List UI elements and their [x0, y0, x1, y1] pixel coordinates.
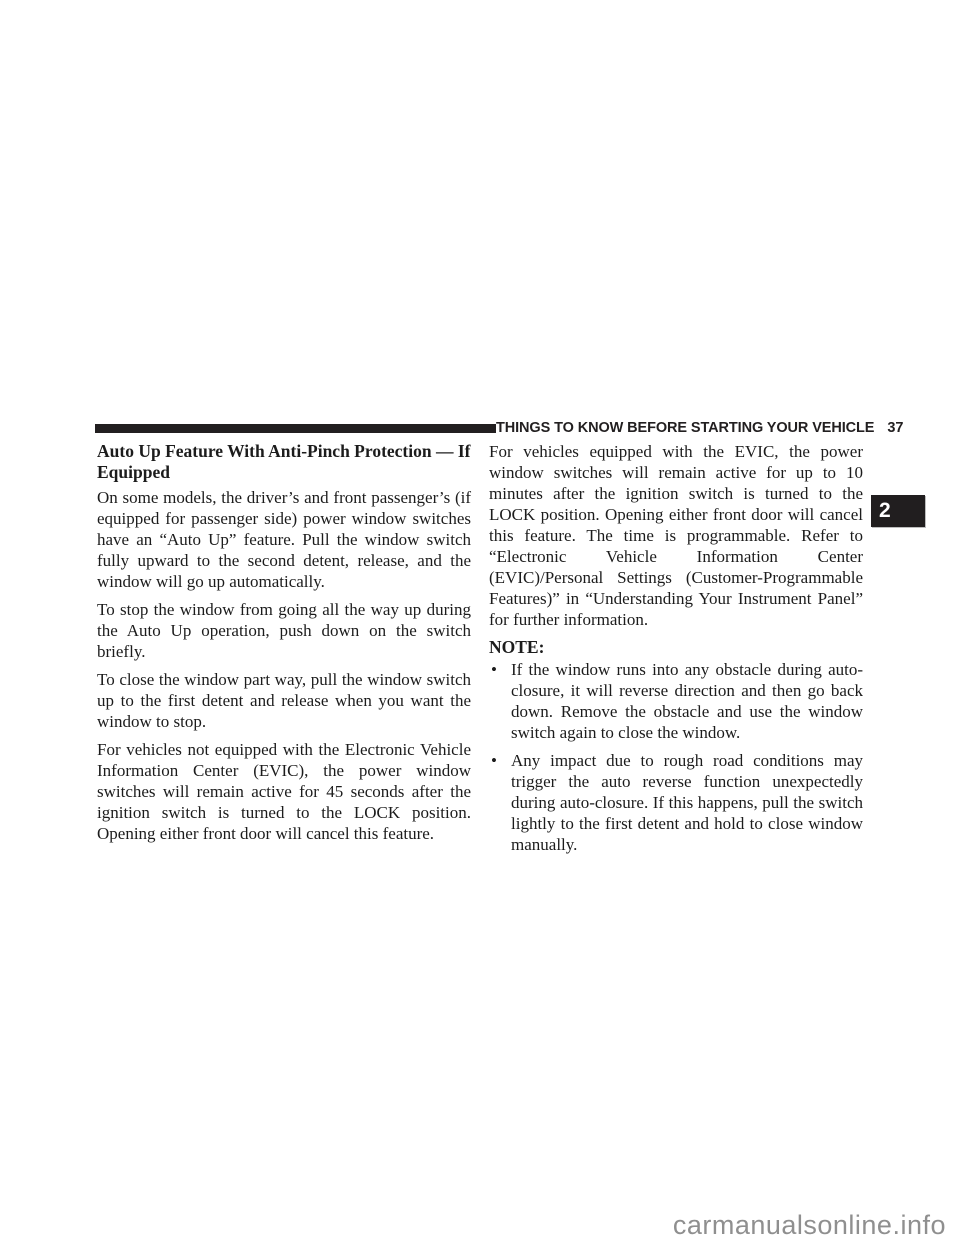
page-number: 37: [887, 420, 903, 436]
chapter-tab-number: 2: [879, 499, 891, 523]
bullet-text: Any impact due to rough road conditions …: [511, 750, 863, 855]
right-column: For vehicles equipped with the EVIC, the…: [489, 441, 863, 862]
running-head: THINGS TO KNOW BEFORE STARTING YOUR VEHI…: [496, 420, 903, 436]
header-rule: [95, 424, 496, 433]
paragraph: For vehicles not equipped with the Elect…: [97, 739, 471, 844]
watermark: carmanualsonline.info: [673, 1210, 946, 1241]
note-label: NOTE:: [489, 637, 863, 658]
bullet-icon: •: [489, 659, 511, 680]
bullet-text: If the window runs into any obstacle dur…: [511, 659, 863, 743]
note-bullet: • Any impact due to rough road condition…: [489, 750, 863, 855]
text-columns: Auto Up Feature With Anti-Pinch Protecti…: [97, 441, 863, 862]
paragraph: To close the window part way, pull the w…: [97, 669, 471, 732]
note-bullet: • If the window runs into any obstacle d…: [489, 659, 863, 743]
section-heading: Auto Up Feature With Anti-Pinch Protecti…: [97, 441, 471, 483]
left-column: Auto Up Feature With Anti-Pinch Protecti…: [97, 441, 471, 862]
manual-page: THINGS TO KNOW BEFORE STARTING YOUR VEHI…: [0, 0, 960, 1242]
paragraph: To stop the window from going all the wa…: [97, 599, 471, 662]
page-header: THINGS TO KNOW BEFORE STARTING YOUR VEHI…: [95, 419, 863, 437]
paragraph: On some models, the driver’s and front p…: [97, 487, 471, 592]
paragraph: For vehicles equipped with the EVIC, the…: [489, 441, 863, 630]
header-title: THINGS TO KNOW BEFORE STARTING YOUR VEHI…: [496, 420, 874, 436]
bullet-icon: •: [489, 750, 511, 771]
chapter-tab: 2: [871, 495, 925, 527]
